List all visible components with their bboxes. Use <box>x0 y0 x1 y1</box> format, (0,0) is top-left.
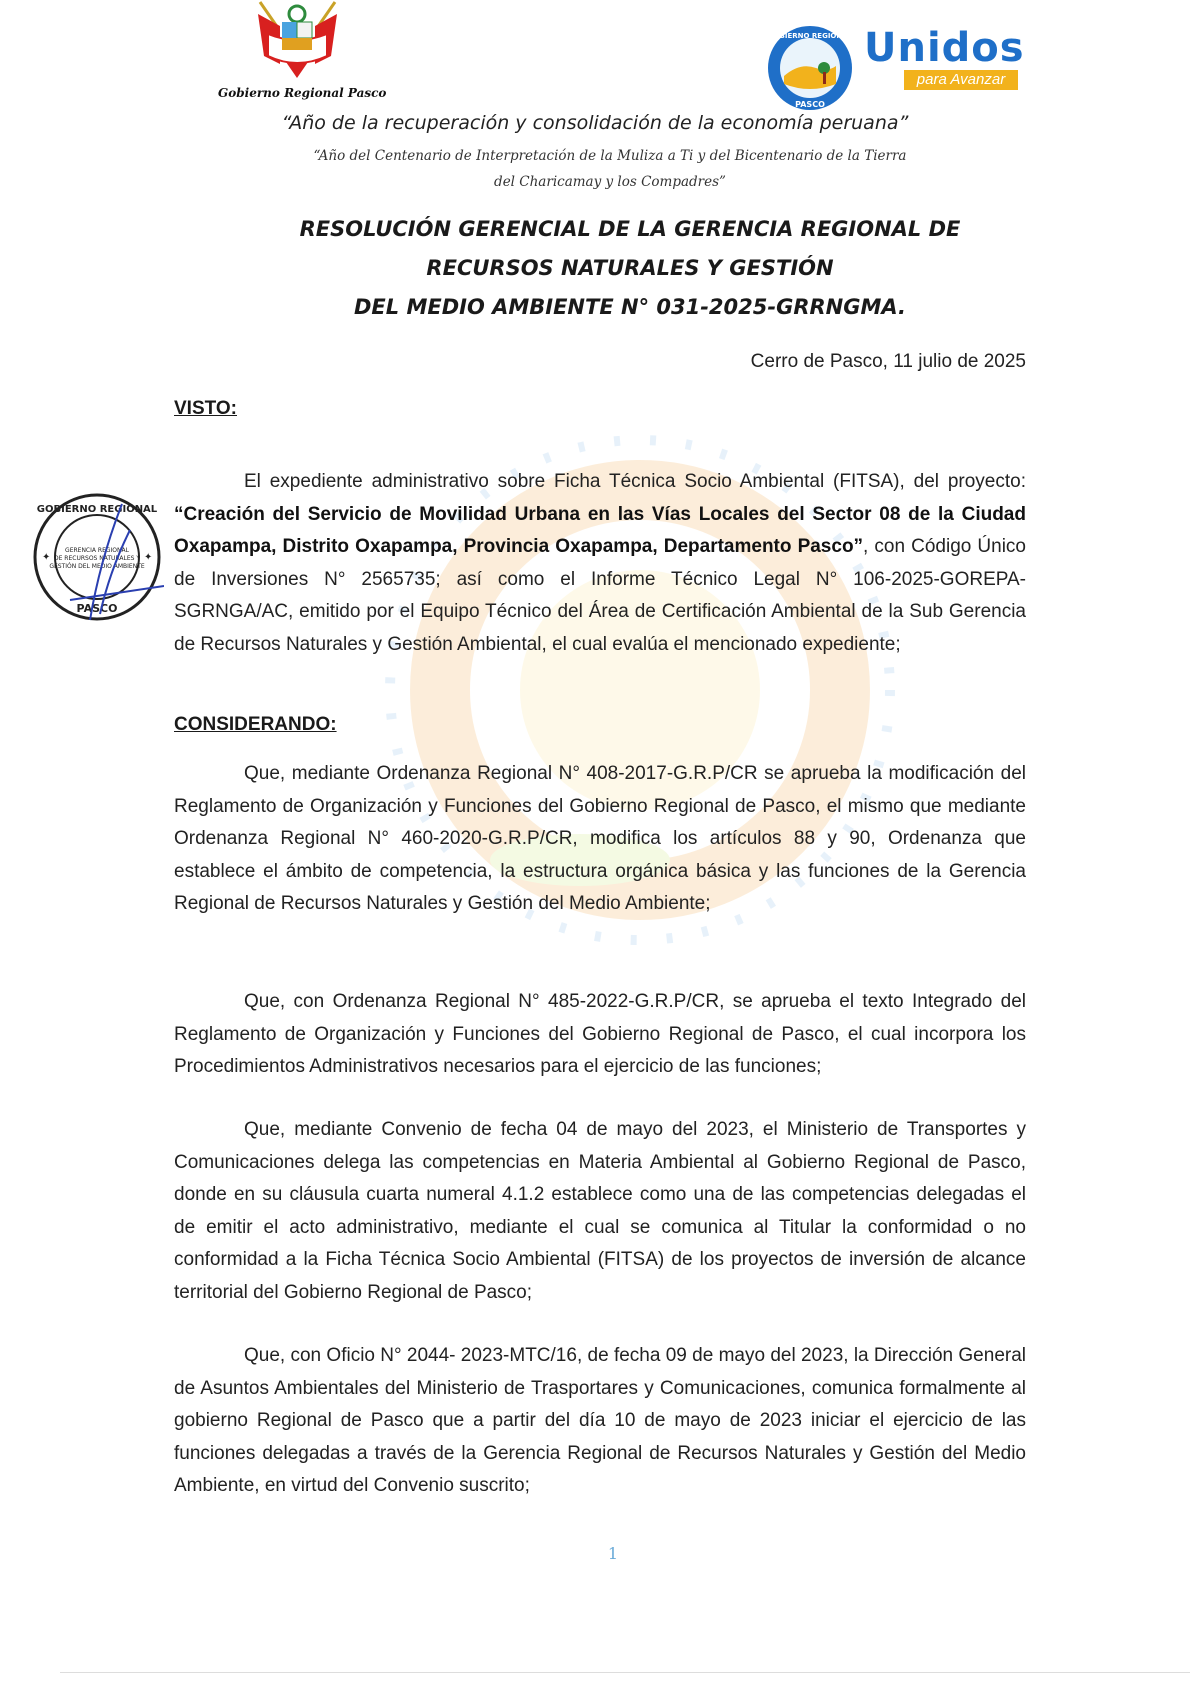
government-label: Gobierno Regional Pasco <box>218 86 386 100</box>
brand-logo: Unidos para Avanzar <box>862 26 1022 92</box>
brand-title: Unidos <box>864 26 1025 70</box>
year-motto-secondary: “Año del Centenario de Interpretación de… <box>280 143 940 195</box>
official-stamp-icon: GOBIERNO REGIONAL PASCO GERENCIA REGIONA… <box>30 490 164 624</box>
title-line-3: DEL MEDIO AMBIENTE N° 031-2025-GRRNGMA. <box>240 288 1020 327</box>
regional-seal-icon: GOBIERNO REGIONAL PASCO <box>766 24 854 112</box>
visto-paragraph: El expediente administrativo sobre Ficha… <box>174 466 1026 661</box>
resolution-title: RESOLUCIÓN GERENCIAL DE LA GERENCIA REGI… <box>240 210 1020 327</box>
document-date: Cerro de Pasco, 11 julio de 2025 <box>751 351 1026 373</box>
document-page: Gobierno Regional Pasco GOBIERNO REGIONA… <box>0 0 1190 1682</box>
year-motto-primary: “Año de la recuperación y consolidación … <box>0 112 1190 134</box>
considerando-paragraph-2: Que, con Ordenanza Regional N° 485-2022-… <box>174 986 1026 1084</box>
year-motto-secondary-line2: del Charicamay y los Compadres” <box>280 169 940 195</box>
svg-text:DE RECURSOS NATURALES Y: DE RECURSOS NATURALES Y <box>54 555 140 562</box>
svg-text:GOBIERNO REGIONAL: GOBIERNO REGIONAL <box>768 32 853 40</box>
svg-text:PASCO: PASCO <box>795 100 825 109</box>
svg-text:✦: ✦ <box>144 552 152 563</box>
svg-text:GESTIÓN DEL MEDIO AMBIENTE: GESTIÓN DEL MEDIO AMBIENTE <box>49 563 145 570</box>
visto-heading: VISTO: <box>174 398 237 420</box>
title-line-2: RECURSOS NATURALES Y GESTIÓN <box>240 249 1020 288</box>
visto-text-1: El expediente administrativo sobre Ficha… <box>244 471 1026 492</box>
svg-text:PASCO: PASCO <box>77 602 118 615</box>
considerando-heading: CONSIDERANDO: <box>174 714 337 736</box>
considerando-paragraph-4: Que, con Oficio N° 2044- 2023-MTC/16, de… <box>174 1340 1026 1503</box>
coat-of-arms-icon <box>250 0 345 82</box>
svg-text:✦: ✦ <box>42 552 50 563</box>
brand-subtitle: para Avanzar <box>904 70 1018 90</box>
svg-text:GOBIERNO REGIONAL: GOBIERNO REGIONAL <box>37 504 158 515</box>
title-line-1: RESOLUCIÓN GERENCIAL DE LA GERENCIA REGI… <box>240 210 1020 249</box>
page-bottom-edge <box>60 1672 1190 1673</box>
considerando-paragraph-1: Que, mediante Ordenanza Regional N° 408-… <box>174 758 1026 921</box>
considerando-paragraph-3: Que, mediante Convenio de fecha 04 de ma… <box>174 1114 1026 1309</box>
year-motto-secondary-line1: “Año del Centenario de Interpretación de… <box>280 143 940 169</box>
page-number: 1 <box>0 1544 1190 1563</box>
